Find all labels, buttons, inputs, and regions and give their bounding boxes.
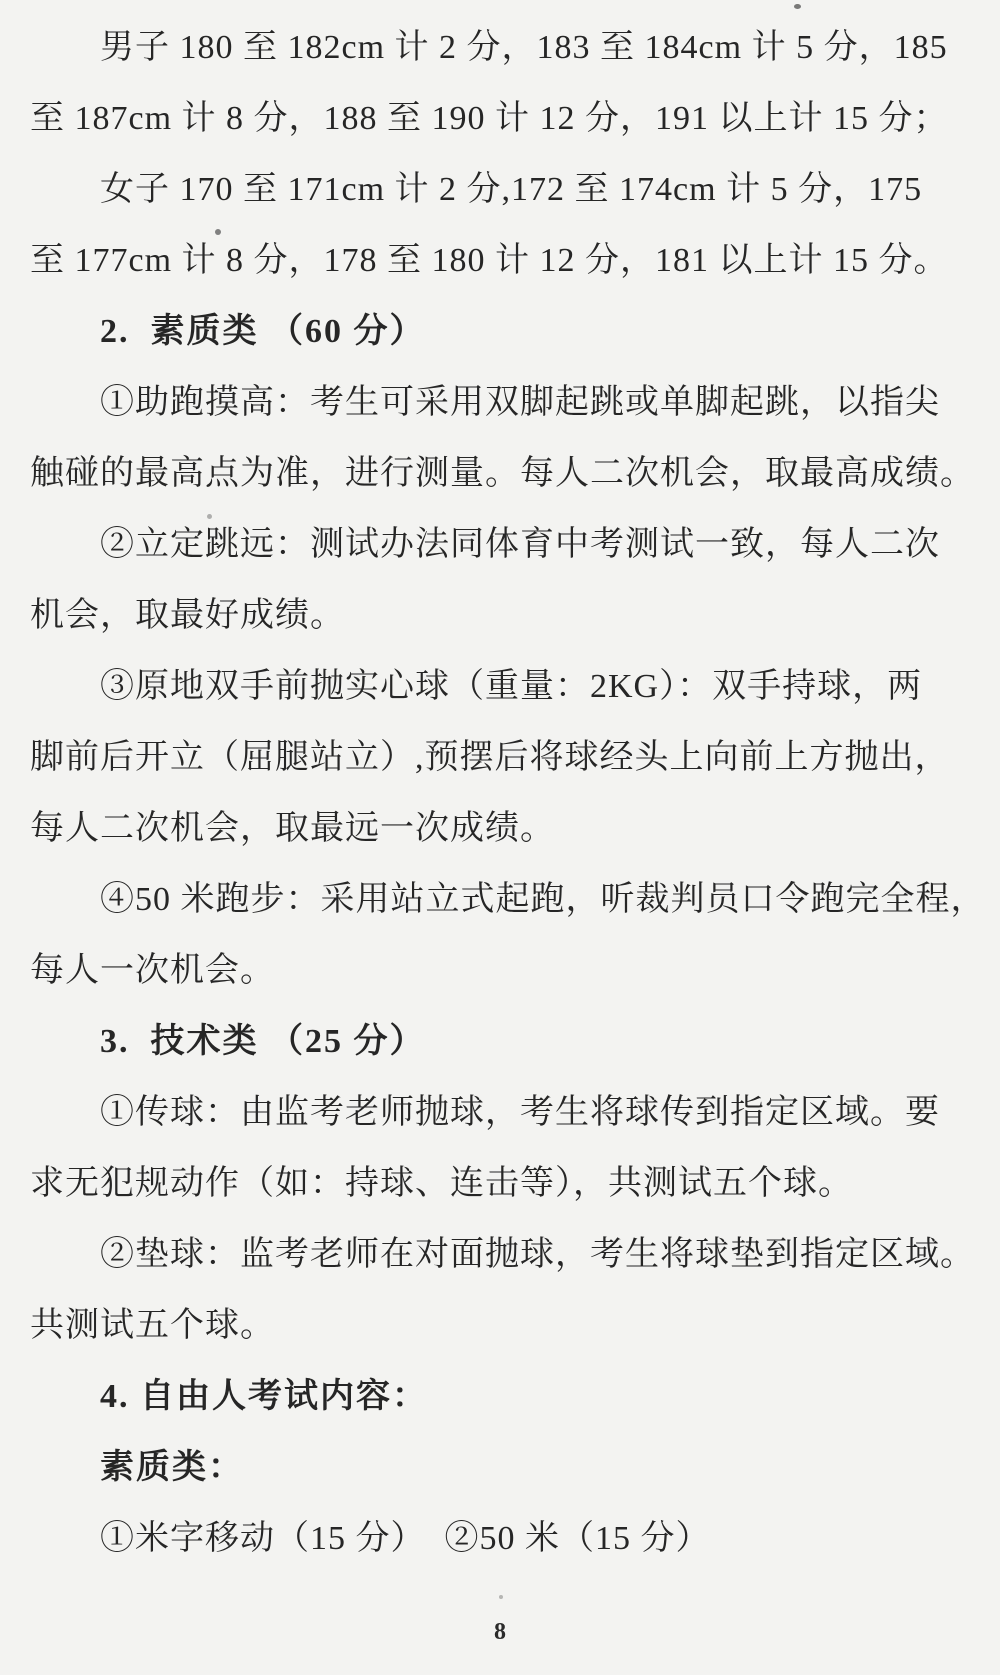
text-line: 求无犯规动作（如：持球、连击等），共测试五个球。 bbox=[30, 1148, 853, 1219]
text-line: ①传球：由监考老师抛球，考生将球传到指定区域。要 bbox=[100, 1077, 940, 1148]
document-page: 男子 180 至 182cm 计 2 分，183 至 184cm 计 5 分，1… bbox=[0, 0, 1000, 1675]
section-heading: 3. 技术类 （25 分） bbox=[100, 1006, 426, 1077]
text-line: ④50 米跑步：采用站立式起跑，听裁判员口令跑完全程， bbox=[100, 864, 986, 935]
text-line: 每人二次机会，取最远一次成绩。 bbox=[30, 793, 555, 864]
text-line: 至 177cm 计 8 分，178 至 180 计 12 分，181 以上计 1… bbox=[30, 225, 949, 296]
text-line: 每人一次机会。 bbox=[30, 935, 275, 1006]
text-line: 至 187cm 计 8 分，188 至 190 计 12 分，191 以上计 1… bbox=[30, 83, 949, 154]
scan-artifact-dot bbox=[794, 4, 801, 9]
scan-artifact-dot bbox=[499, 1595, 503, 1599]
section-heading: 4. 自由人考试内容： bbox=[100, 1361, 428, 1432]
text-line: 脚前后开立（屈腿站立）,预摆后将球经头上向前上方抛出， bbox=[30, 722, 950, 793]
text-line: 女子 170 至 171cm 计 2 分,172 至 174cm 计 5 分，1… bbox=[100, 154, 922, 225]
text-line: 共测试五个球。 bbox=[30, 1290, 275, 1361]
text-line: ①米字移动（15 分） ②50 米（15 分） bbox=[100, 1503, 711, 1574]
text-line: ②立定跳远：测试办法同体育中考测试一致，每人二次 bbox=[100, 509, 940, 580]
text-line: 机会，取最好成绩。 bbox=[30, 580, 345, 651]
page-number: 8 bbox=[0, 1612, 1000, 1652]
section-heading: 素质类： bbox=[100, 1432, 244, 1503]
text-line: 触碰的最高点为准，进行测量。每人二次机会，取最高成绩。 bbox=[30, 438, 975, 509]
section-heading: 2. 素质类 （60 分） bbox=[100, 296, 426, 367]
text-line: ①助跑摸高：考生可采用双脚起跳或单脚起跳，以指尖 bbox=[100, 367, 940, 438]
text-line: 男子 180 至 182cm 计 2 分，183 至 184cm 计 5 分，1… bbox=[100, 12, 948, 83]
text-line: ②垫球：监考老师在对面抛球，考生将球垫到指定区域。 bbox=[100, 1219, 975, 1290]
text-line: ③原地双手前抛实心球（重量：2KG）：双手持球，两 bbox=[100, 651, 922, 722]
